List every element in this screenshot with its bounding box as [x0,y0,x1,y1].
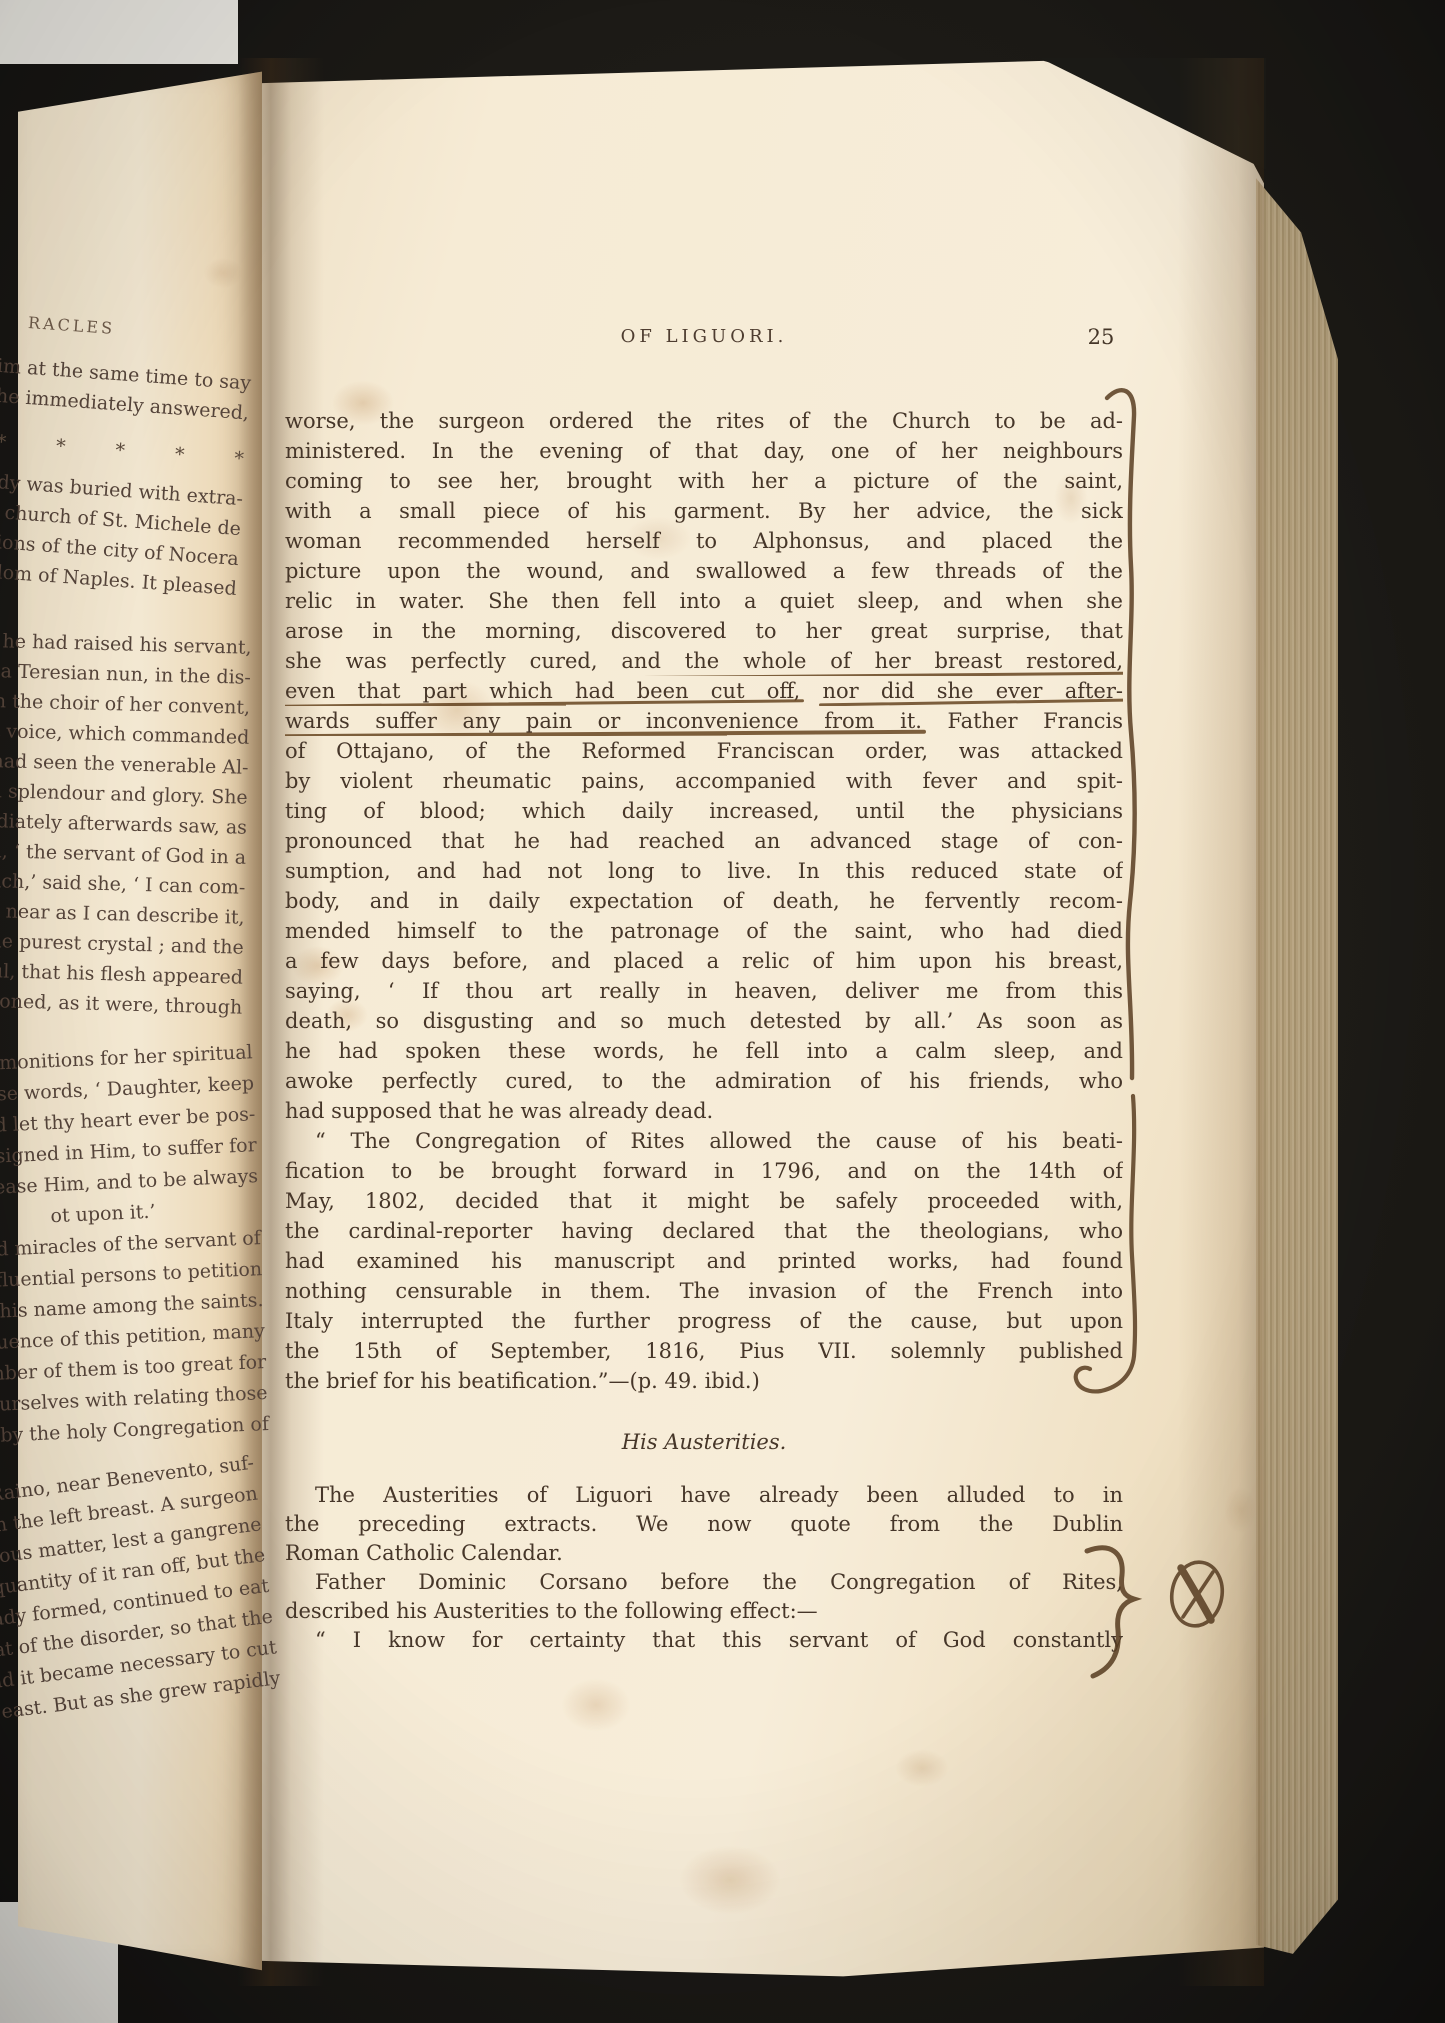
text-line: May, 1802, decided that it might be safe… [285,1186,1123,1216]
text-line: Italy interrupted the further progress o… [285,1306,1123,1336]
text-line: The Austerities of Liguori have already … [285,1481,1123,1510]
text-line: Father Dominic Corsano before the Congre… [285,1568,1123,1597]
text-segment: the preceding extracts. We now quote fro… [285,1512,1123,1536]
text-segment: The Austerities of Liguori have already … [315,1483,1123,1507]
text-line: Roman Catholic Calendar. [285,1539,1123,1568]
text-segment: nothing censurable in them. The invasion… [285,1279,1123,1303]
text-line: wards suffer any pain or inconvenience f… [285,706,1123,736]
body-text: worse, the surgeon ordered the rites of … [285,406,1123,1396]
left-page-text-block: lling him at the same time to sayd ; and… [0,352,258,605]
text-segment: Father Francis [922,709,1123,733]
text-segment: Father Dominic Corsano before the Congre… [315,1570,1123,1594]
text-line: the 15th of September, 1816, Pius VII. s… [285,1336,1123,1366]
text-line: he had spoken these words, he fell into … [285,1036,1123,1066]
text-line: by violent rheumatic pains, accompanied … [285,766,1123,796]
text-segment: saying, ‘ If thou art really in heaven, … [285,979,1123,1003]
text-segment: sumption, and had not long to live. In t… [285,859,1123,883]
left-page-text-block: ny admonitions for her spiritualh these … [6,1038,275,1452]
text-segment: awoke perfectly cured, to the admiration… [285,1069,1123,1093]
text-line: with a small piece of his garment. By he… [285,496,1123,526]
text-segment: arose in the morning, discovered to her … [285,619,1123,643]
text-segment: relic in water. She then fell into a qui… [285,589,1123,613]
text-line: body, and in daily expectation of death,… [285,886,1123,916]
text-segment: the 15th of September, 1816, Pius VII. s… [285,1339,1123,1363]
text-line: the preceding extracts. We now quote fro… [285,1510,1123,1539]
text-segment: Italy interrupted the further progress o… [285,1309,1123,1333]
text-line: “ I know for certainty that this servant… [285,1626,1123,1655]
ink-underline: wards suffer any pain or inconvenience f… [285,709,922,733]
text-segment: May, 1802, decided that it might be safe… [285,1189,1123,1213]
text-segment: fication to be brought forward in 1796, … [285,1159,1123,1183]
text-segment: “ I know for certainty that this servant… [315,1628,1123,1652]
text-segment: he had spoken these words, he fell into … [285,1039,1123,1063]
text-segment: picture upon the wound, and swallowed a … [285,559,1123,583]
text-line: fication to be brought forward in 1796, … [285,1156,1123,1186]
text-segment: coming to see her, brought with her a pi… [285,469,1123,493]
text-segment: had examined his manuscript and printed … [285,1249,1123,1273]
text-segment: with a small piece of his garment. By he… [285,499,1123,523]
text-line: picture upon the wound, and swallowed a … [285,556,1123,586]
text-segment: described his Austerities to the followi… [285,1599,818,1623]
text-line: of Ottajano, of the Reformed Franciscan … [285,736,1123,766]
text-line: pronounced that he had reached an advanc… [285,826,1123,856]
running-header: OF LIGUORI. [285,326,1123,347]
text-line: relic in water. She then fell into a qui… [285,586,1123,616]
text-line: saying, ‘ If thou art really in heaven, … [285,976,1123,1006]
text-segment: the brief for his beatification.”—(p. 49… [285,1369,760,1393]
text-line: death, so disgusting and so much deteste… [285,1006,1123,1036]
text-segment: Roman Catholic Calendar. [285,1541,563,1565]
text-segment: ting of blood; which daily increased, un… [285,799,1123,823]
ink-underline: even that part which had been cut off, [285,679,800,703]
text-line: even that part which had been cut off, n… [285,676,1123,706]
text-line: had supposed that he was already dead. [285,1096,1123,1126]
text-line: described his Austerities to the followi… [285,1597,1123,1626]
ink-underline: nor did she ever after- [822,679,1123,703]
text-segment: body, and in daily expectation of death,… [285,889,1123,913]
text-segment: “ The Congregation of Rites allowed the … [315,1129,1123,1153]
text-segment: worse, the surgeon ordered the rites of … [285,409,1123,433]
text-segment: ministered. In the evening of that day, … [285,439,1123,463]
text-line: ting of blood; which daily increased, un… [285,796,1123,826]
text-segment: death, so disgusting and so much deteste… [285,1009,1123,1033]
text-line: had examined his manuscript and printed … [285,1246,1123,1276]
text-segment: pronounced that he had reached an advanc… [285,829,1123,853]
text-segment: had supposed that he was already dead. [285,1099,713,1123]
text-segment: of Ottajano, of the Reformed Franciscan … [285,739,1123,763]
text-line: she was perfectly cured, and the whole o… [285,646,1123,676]
text-line: nothing censurable in them. The invasion… [285,1276,1123,1306]
ink-underline: and the whole of her breast restored, [621,649,1123,673]
text-line: arose in the morning, discovered to her … [285,616,1123,646]
text-segment: she was perfectly cured, [285,649,621,673]
text-line: ul swooned, as it were, through [0,987,249,1024]
left-page-text-block: which he had raised his servant,fed to a… [0,627,258,1023]
text-line: the cardinal-reporter having declared th… [285,1216,1123,1246]
body-text: The Austerities of Liguori have already … [285,1481,1123,1655]
text-line: a few days before, and placed a relic of… [285,946,1123,976]
text-segment: by violent rheumatic pains, accompanied … [285,769,1123,793]
text-line: the brief for his beatification.”—(p. 49… [285,1366,1123,1396]
text-segment: the cardinal-reporter having declared th… [285,1219,1123,1243]
section-heading: His Austerities. [285,1430,1123,1454]
text-line: “ The Congregation of Rites allowed the … [285,1126,1123,1156]
photo-backdrop-top-left [0,0,238,64]
text-segment: woman recommended herself to Alphonsus, … [285,529,1123,553]
text-line: mended himself to the patronage of the s… [285,916,1123,946]
text-segment: ot upon it.’ [50,1198,156,1231]
text-line: awoke perfectly cured, to the admiration… [285,1066,1123,1096]
text-line: ministered. In the evening of that day, … [285,436,1123,466]
page-number: 25 [1078,325,1124,349]
text-line: worse, the surgeon ordered the rites of … [285,406,1123,436]
text-line: coming to see her, brought with her a pi… [285,466,1123,496]
text-segment: mended himself to the patronage of the s… [285,919,1123,943]
left-page-text-block: of Raino, near Benevento, suf-s in the l… [8,1448,288,1725]
text-segment: a few days before, and placed a relic of… [285,949,1123,973]
text-line: sumption, and had not long to live. In t… [285,856,1123,886]
text-line: woman recommended herself to Alphonsus, … [285,526,1123,556]
page-block-fore-edge [1256,160,1338,1972]
